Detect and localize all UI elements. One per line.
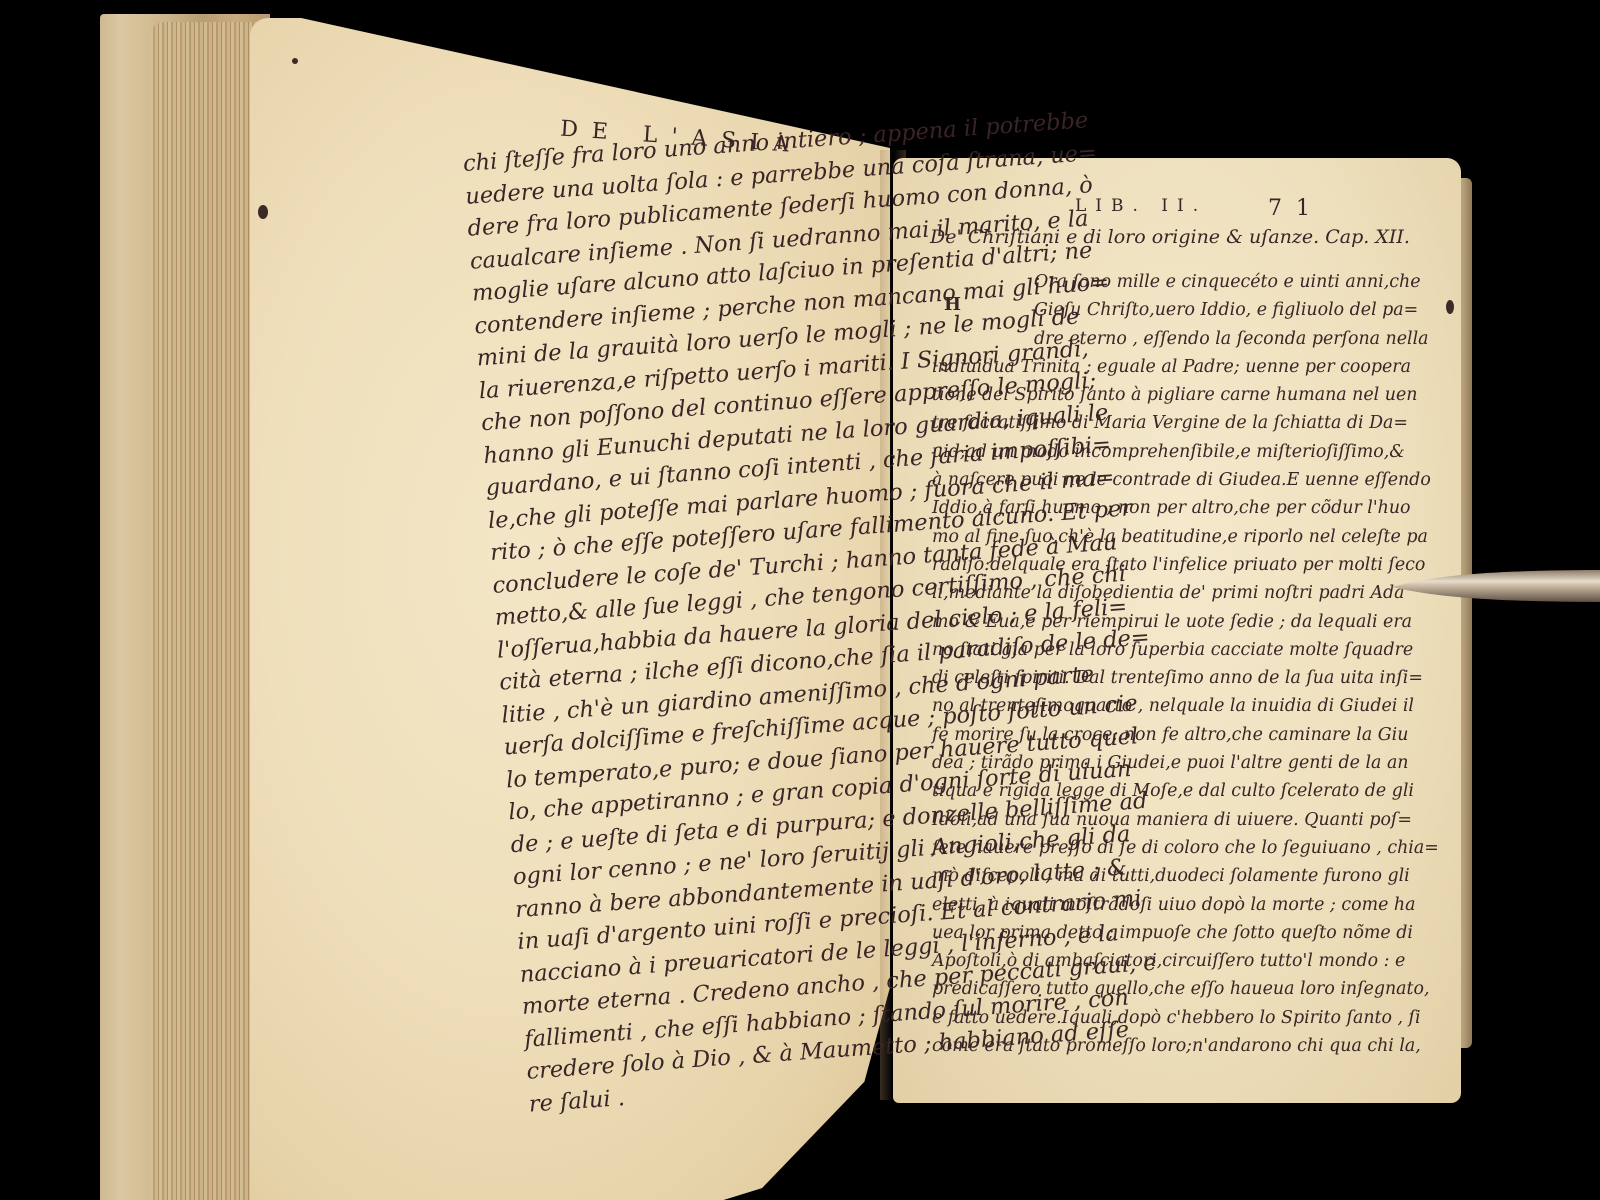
- text-line: Iddio,à farſi huomo ; non per altro,che …: [932, 494, 1439, 522]
- text-line: eletti, à iquali moſtrãdoſi uiuo dopò la…: [932, 891, 1439, 919]
- page-number: 71: [1268, 196, 1324, 221]
- right-running-head: LIB. II.: [1075, 196, 1207, 216]
- text-line: Ora ſono mille e cinquecéto e uinti anni…: [932, 268, 1439, 296]
- text-line: radiſo:delquale era ſtato l'infelice pri…: [932, 551, 1439, 579]
- text-line: come era ſtato promeſſo loro;n'andarono …: [932, 1032, 1439, 1060]
- text-line: tione del Spirito ſanto à pigliare carne…: [932, 381, 1439, 409]
- text-line: mò diſcepoli ; ma di tutti,duodeci ſolam…: [932, 862, 1439, 890]
- text-line: no ſtati gia per la loro ſuperbia caccia…: [932, 636, 1439, 664]
- chapter-title: De' Chriſtiani e di loro origine & uſanz…: [930, 226, 1410, 248]
- text-line: indiuidua Trinita ; eguale al Padre; uen…: [932, 353, 1439, 381]
- page-block-edges: [150, 22, 260, 1200]
- text-line: ſete hauere preſſo di ſe di coloro che l…: [932, 834, 1439, 862]
- metal-pointer-icon: [1392, 566, 1600, 606]
- text-line: dea ; tirãdo prima i Giudei,e puoi l'alt…: [932, 749, 1439, 777]
- text-line: uea lor prima detto ; impuoſe che ſotto …: [932, 919, 1439, 947]
- text-line: Apoſtoli,ò di ambaſciatori,circuiſſero t…: [932, 947, 1439, 975]
- text-line: Gieſu Chriſto,uero Iddio, e figliuolo de…: [932, 296, 1439, 324]
- text-line: à naſcere puoi ne le contrade di Giudea.…: [932, 466, 1439, 494]
- text-line: e fatto uedere.Iquali,dopò c'hebbero lo …: [932, 1004, 1439, 1032]
- text-line: mo al fine ſuo,ch'è la beatitudine,e rip…: [932, 523, 1439, 551]
- text-line: tiqua e rigida legge di Moſe,e dal culto…: [932, 777, 1439, 805]
- text-line: Idoli,ad una ſua nuoua maniera di uiuere…: [932, 806, 1439, 834]
- text-line: fe morire ſu la croce; non fe altro,che …: [932, 721, 1439, 749]
- text-line: no al trenteſimoquarto , nelquale la inu…: [932, 692, 1439, 720]
- text-line: uid,ad un modo incomprehenſibile,e miſte…: [932, 438, 1439, 466]
- text-line: mo & Eua,e per riempirui le uote ſedie ;…: [932, 608, 1439, 636]
- text-line: li,mediante la diſobedientia de' primi n…: [932, 579, 1439, 607]
- text-line: tre ſacratiſſimo di Maria Vergine de la …: [932, 409, 1439, 437]
- text-line: dre eterno , eſſendo la ſeconda perſona …: [932, 325, 1439, 353]
- right-page-text: Ora ſono mille e cinquecéto e uinti anni…: [932, 268, 1439, 1060]
- text-line: di celeſti ſpiriti. Dal trenteſimo anno …: [932, 664, 1439, 692]
- text-line: predicaſſero tutto quello,che eſſo haueu…: [932, 975, 1439, 1003]
- photo-scene: DE L'ASIA chi ſteſſe fra loro uno anno i…: [0, 0, 1600, 1200]
